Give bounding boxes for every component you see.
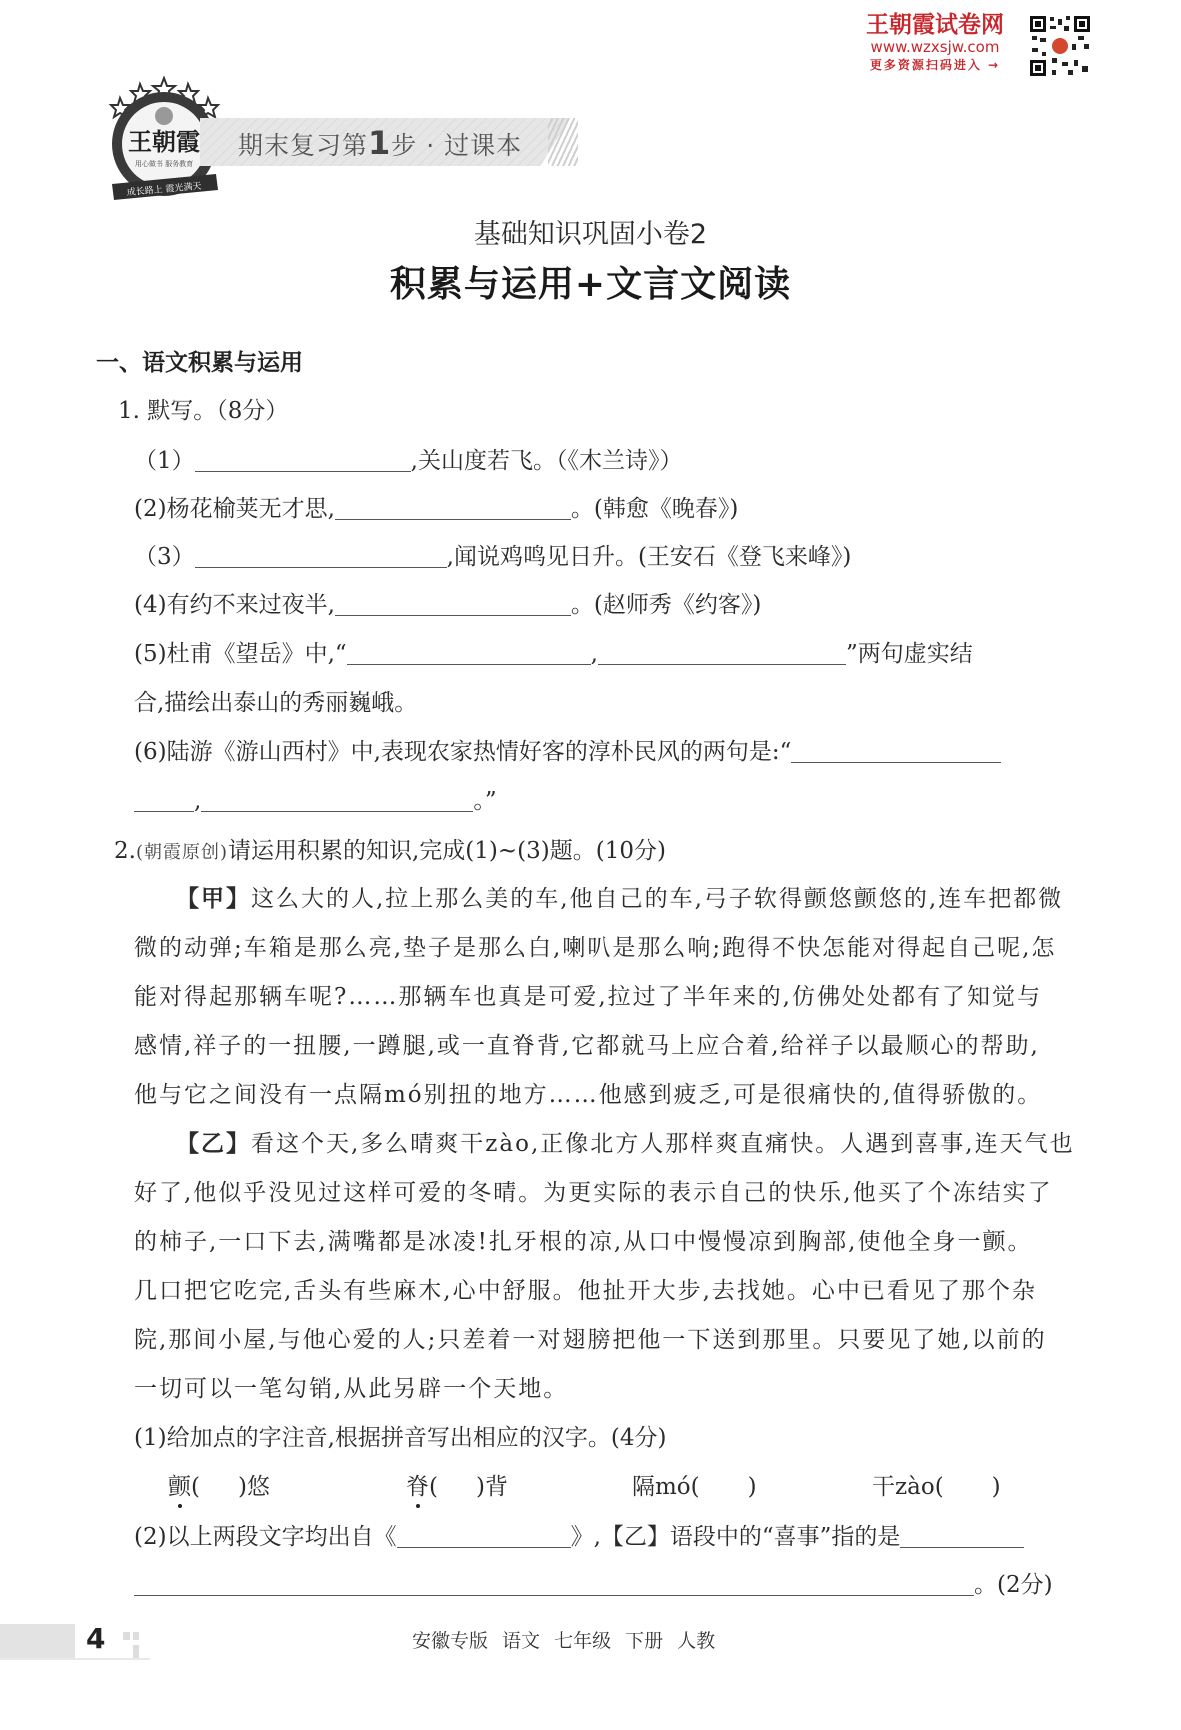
- paren-open: (: [691, 1474, 700, 1500]
- answer-blank[interactable]: [195, 447, 411, 472]
- brand-tagline: 更多资源扫码进入 →: [845, 56, 1025, 74]
- answer-blank[interactable]: [134, 1571, 974, 1596]
- q1-item-6: (6)陆游《游山西村》中,表现农家热情好客的淳朴民风的两句是:“: [134, 737, 1001, 767]
- qr-code-icon[interactable]: [1028, 14, 1092, 78]
- q1-item-6-continued: ,。”: [134, 786, 497, 816]
- subquestion-1-label: (1)给加点的字注音,根据拼音写出相应的汉字。(4分): [134, 1423, 666, 1453]
- banner-suffix: 步 · 过课本: [391, 131, 522, 160]
- rest-char: 悠: [247, 1474, 270, 1500]
- q1-item-5: (5)杜甫《望岳》中,“,”两句虚实结: [134, 639, 973, 669]
- item-source: 。(韩愈《晚春》): [571, 496, 738, 522]
- answer-blank[interactable]: [791, 738, 1001, 763]
- paren-open: (: [935, 1474, 944, 1500]
- item-comma: ,: [194, 788, 201, 814]
- page-title: 积累与运用+文言文阅读: [0, 256, 1181, 307]
- passage-yi-line-3: 的柿子,一口下去,满嘴都是冰凌!扎牙根的凉,从口中慢慢凉到胸部,使他全身一颤。: [134, 1227, 1033, 1257]
- pinyin-item-3: 隔mó(): [632, 1472, 757, 1502]
- paren-close: ): [748, 1474, 757, 1500]
- banner-stripes: [548, 118, 578, 166]
- passage-jia-line-5: 他与它之间没有一点隔mó别扭的地方……他感到疲乏,可是很痛快的,值得骄傲的。: [134, 1080, 1042, 1110]
- question-2-label: 2.(朝霞原创)请运用积累的知识,完成(1)~(3)题。(10分): [114, 836, 666, 868]
- paren-close: ): [476, 1474, 485, 1500]
- q1-item-3: （3）,闻说鸡鸣见日升。(王安石《登飞来峰》): [134, 542, 851, 572]
- item-text: ,关山度若飞。（《木兰诗》）: [411, 448, 683, 474]
- answer-blank[interactable]: [195, 543, 447, 568]
- pinyin-item-2: 脊()背: [406, 1472, 508, 1502]
- item-text: (2)杨花榆荚无才思,: [134, 496, 335, 522]
- paren-open: (: [191, 1474, 200, 1500]
- question-number: 2.: [114, 838, 136, 864]
- item-number: （1）: [134, 448, 195, 474]
- q1-item-1: （1）,关山度若飞。（《木兰诗》）: [134, 446, 682, 476]
- passage-yi-line-4: 几口把它吃完,舌头有些麻木,心中舒服。他扯开大步,去找她。心中已看见了那个杂: [134, 1276, 1037, 1306]
- rest-char: 背: [485, 1474, 508, 1500]
- pinyin-word: 隔mó: [632, 1474, 691, 1500]
- q1-item-5-continued: 合,描绘出泰山的秀丽巍峨。: [134, 688, 417, 718]
- answer-blank[interactable]: [201, 787, 473, 812]
- page-number: 4: [86, 1622, 105, 1655]
- score-note: 。(2分): [974, 1572, 1053, 1598]
- passage-yi-line-1: 【乙】看这个天,多么晴爽干zào,正像北方人那样爽直痛快。人遇到喜事,连天气也: [176, 1129, 1075, 1159]
- item-number: （3）: [134, 544, 195, 570]
- dotted-char: 脊: [406, 1474, 429, 1500]
- page-subtitle: 基础知识巩固小卷2: [0, 212, 1181, 251]
- brand-name: 王朝霞试卷网: [845, 12, 1025, 38]
- banner-prefix: 期末复习第: [238, 131, 368, 160]
- pinyin-item-1: 颤()悠: [168, 1472, 270, 1502]
- passage-jia-line-1: 【甲】这么大的人,拉上那么美的车,他自己的车,弓子软得颤悠颤悠的,连车把都微: [176, 884, 1063, 914]
- answer-blank[interactable]: [347, 640, 591, 665]
- answer-blank[interactable]: [335, 591, 571, 616]
- footer-divider: [0, 1658, 150, 1660]
- passage-tag: 【甲】: [176, 886, 251, 912]
- passage-yi-line-6: 一切可以一笔勾销,从此另辟一个天地。: [134, 1374, 568, 1404]
- passage-yi-line-2: 好了,他似乎没见过这样可爱的冬晴。为更实际的表示自己的快乐,他买了个冻结实了: [134, 1178, 1053, 1208]
- decorative-square: [133, 1632, 139, 1640]
- banner-title: 期末复习第1步 · 过课本: [238, 124, 522, 162]
- brand-url[interactable]: www.wzxsjw.com: [845, 38, 1025, 56]
- passage-jia-line-4: 感情,祥子的一扭腰,一蹲腿,或一直脊背,它都就马上应合着,给祥子以最顺心的帮助,: [134, 1031, 1040, 1061]
- passage-text: 看这个天,多么晴爽干zào,正像北方人那样爽直痛快。人遇到喜事,连天气也: [251, 1131, 1075, 1157]
- item-text: (4)有约不来过夜半,: [134, 592, 335, 618]
- brand-block: 王朝霞试卷网 www.wzxsjw.com 更多资源扫码进入 →: [845, 12, 1025, 74]
- passage-text: 这么大的人,拉上那么美的车,他自己的车,弓子软得颤悠颤悠的,连车把都微: [251, 886, 1063, 912]
- edition-info: 安徽专版 语文 七年级 下册 人教: [412, 1626, 715, 1653]
- item-comma: ,: [591, 641, 598, 667]
- subquestion-2: (2)以上两段文字均出自《》,【乙】语段中的“喜事”指的是: [134, 1522, 1024, 1552]
- item-text: ,闻说鸡鸣见日升。(王安石《登飞来峰》): [447, 544, 852, 570]
- svg-text:用心做书 服务教育: 用心做书 服务教育: [135, 159, 193, 168]
- passage-jia-line-2: 微的动弹;车箱是那么亮,垫子是那么白,喇叭是那么响;跑得不快怎能对得起自己呢,怎: [134, 933, 1056, 963]
- item-text: 。”: [473, 788, 496, 814]
- q1-item-2: (2)杨花榆荚无才思,。(韩愈《晚春》): [134, 494, 738, 524]
- item-text: (5)杜甫《望岳》中,“: [134, 641, 347, 667]
- paren-close: ): [238, 1474, 247, 1500]
- item-text: ”两句虚实结: [846, 641, 973, 667]
- paren-open: (: [429, 1474, 438, 1500]
- answer-blank[interactable]: [335, 495, 571, 520]
- dotted-char: 颤: [168, 1474, 191, 1500]
- pinyin-word: 干zào: [872, 1474, 935, 1500]
- answer-blank[interactable]: [397, 1523, 571, 1548]
- pinyin-item-4: 干zào(): [872, 1472, 1001, 1502]
- question-1-label: 1. 默写。（8分）: [118, 396, 288, 426]
- subquestion-text: 》,【乙】语段中的“喜事”指的是: [571, 1524, 901, 1550]
- subquestion-2-continued: 。(2分): [134, 1570, 1053, 1600]
- passage-yi-line-5: 院,那间小屋,与他心爱的人;只差着一对翅膀把他一下送到那里。只要见了她,以前的: [134, 1325, 1047, 1355]
- answer-blank[interactable]: [598, 640, 846, 665]
- original-note: (朝霞原创): [136, 842, 228, 863]
- subquestion-text: (2)以上两段文字均出自《: [134, 1524, 397, 1550]
- paren-close: ): [992, 1474, 1001, 1500]
- section-heading: 一、语文积累与运用: [96, 348, 303, 378]
- passage-tag: 【乙】: [176, 1131, 251, 1157]
- question-text: 请运用积累的知识,完成(1)~(3)题。(10分): [228, 838, 666, 864]
- decorative-square: [133, 1645, 139, 1658]
- answer-blank[interactable]: [134, 787, 194, 812]
- banner-step-number: 1: [368, 124, 391, 162]
- footer-bar: [0, 1624, 75, 1658]
- answer-blank[interactable]: [900, 1523, 1024, 1548]
- item-source: 。(赵师秀《约客》): [571, 592, 761, 618]
- decorative-square: [123, 1632, 130, 1640]
- svg-text:王朝霞: 王朝霞: [128, 127, 200, 156]
- q1-item-4: (4)有约不来过夜半,。(赵师秀《约客》): [134, 590, 761, 620]
- item-text: (6)陆游《游山西村》中,表现农家热情好客的淳朴民风的两句是:“: [134, 739, 791, 765]
- passage-jia-line-3: 能对得起那辆车呢?……那辆车也真是可爱,拉过了半年来的,仿佛处处都有了知觉与: [134, 982, 1042, 1012]
